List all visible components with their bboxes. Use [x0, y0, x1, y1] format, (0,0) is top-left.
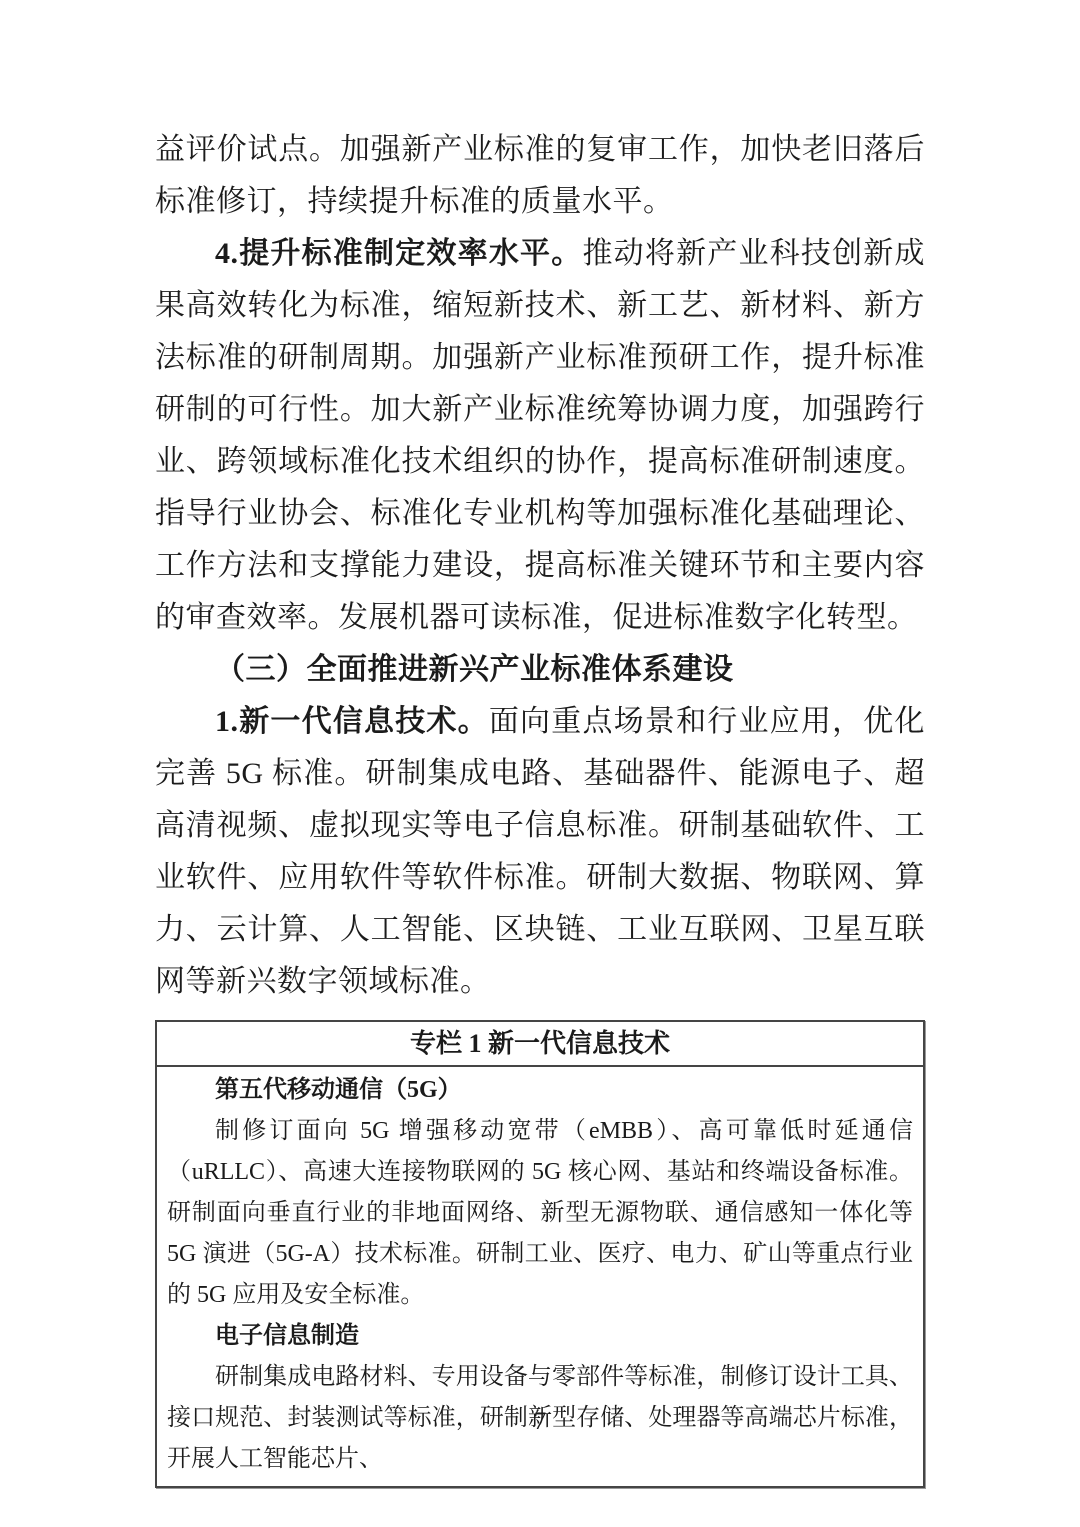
document-page: 益评价试点。加强新产业标准的复审工作，加快老旧落后标准修订，持续提升标准的质量水… — [0, 0, 1080, 1527]
box-subheading-electronics: 电子信息制造 — [167, 1316, 913, 1357]
box-subheading-5g: 第五代移动通信（5G） — [167, 1070, 913, 1111]
box-paragraph-5g: 制修订面向 5G 增强移动宽带（eMBB）、高可靠低时延通信（uRLLC）、高速… — [167, 1111, 913, 1316]
column-box-title: 专栏 1 新一代信息技术 — [157, 1022, 923, 1067]
page-body: 益评价试点。加强新产业标准的复审工作，加快老旧落后标准修订，持续提升标准的质量水… — [155, 124, 925, 1488]
paragraph-item-1: 1.新一代信息技术。面向重点场景和行业应用，优化完善 5G 标准。研制集成电路、… — [155, 696, 925, 1008]
page-number: 7 — [0, 1408, 1080, 1436]
paragraph-item-4-text: 推动将新产业科技创新成果高效转化为标准，缩短新技术、新工艺、新材料、新方法标准的… — [155, 237, 925, 634]
section-heading-3: （三）全面推进新兴产业标准体系建设 — [155, 644, 925, 696]
paragraph-item-4-lead: 4.提升标准制定效率水平。 — [215, 237, 582, 270]
paragraph-item-1-text: 面向重点场景和行业应用，优化完善 5G 标准。研制集成电路、基础器件、能源电子、… — [155, 705, 925, 998]
paragraph-item-1-lead: 1.新一代信息技术。 — [215, 705, 489, 738]
paragraph-continuation: 益评价试点。加强新产业标准的复审工作，加快老旧落后标准修订，持续提升标准的质量水… — [155, 124, 925, 228]
paragraph-item-4: 4.提升标准制定效率水平。推动将新产业科技创新成果高效转化为标准，缩短新技术、新… — [155, 228, 925, 644]
